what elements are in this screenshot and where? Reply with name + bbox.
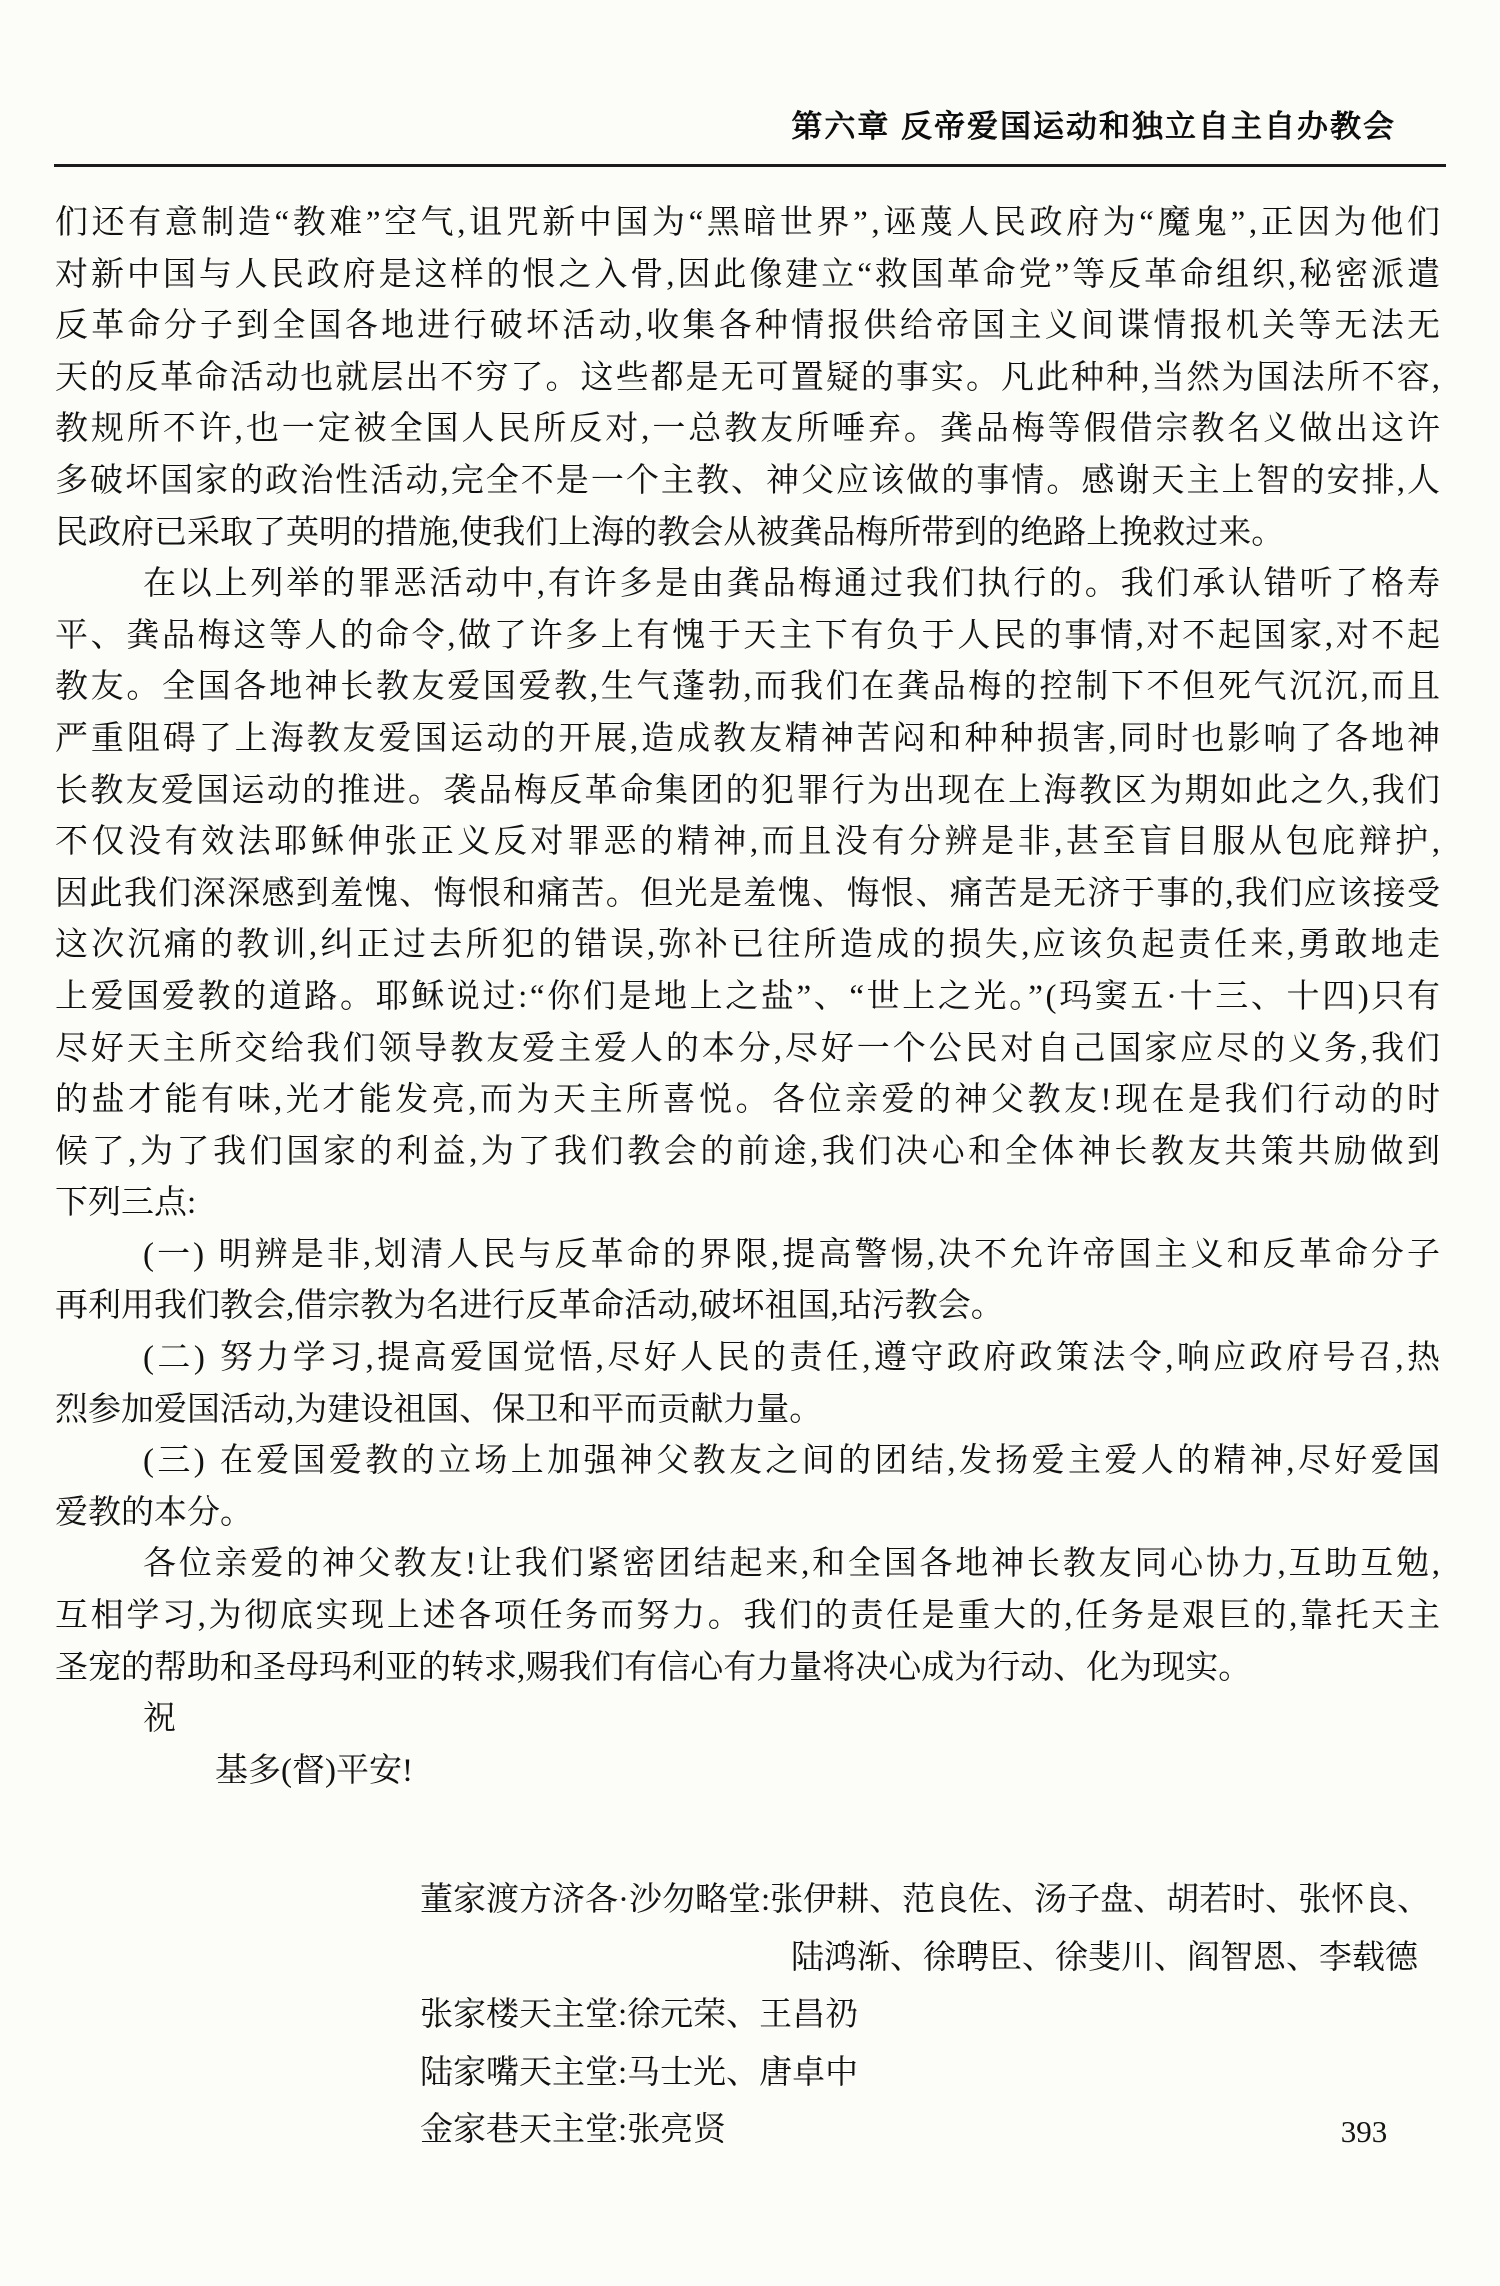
- text-line: 长教友爱国运动的推进。袭品梅反革命集团的犯罪行为出现在上海教区为期如此之久,我们: [55, 766, 1440, 818]
- signature-line-dongjiadu-cont: 陆鸿渐、徐聘臣、徐斐川、阎智恩、李载德: [420, 1930, 1432, 1988]
- text-line-item-2: (二) 努力学习,提高爱国觉悟,尽好人民的责任,遵守政府政策法令,响应政府号召,…: [55, 1333, 1440, 1385]
- text-line-wish: 祝: [55, 1694, 1440, 1746]
- text-line-item-3: (三) 在爱国爱教的立场上加强神父教友之间的团结,发扬爱主爱人的精神,尽好爱国: [55, 1436, 1440, 1488]
- text-line: 尽好天主所交给我们领导教友爱主爱人的本分,尽好一个公民对自己国家应尽的义务,我们: [55, 1024, 1440, 1076]
- text-line: 爱教的本分。: [55, 1488, 1440, 1540]
- text-line: 下列三点:: [55, 1178, 1440, 1230]
- text-line: 反革命分子到全国各地进行破坏活动,收集各种情报供给帝国主义间谍情报机关等无法无: [55, 301, 1440, 353]
- page-number: 393: [1322, 2112, 1406, 2152]
- text-line: 烈参加爱国活动,为建设祖国、保卫和平而贡献力量。: [55, 1385, 1440, 1437]
- signature-line-jinjiaxiang: 金家巷天主堂:张亮贤: [420, 2102, 1432, 2160]
- text-line: 各位亲爱的神父教友!让我们紧密团结起来,和全国各地神长教友同心协力,互助互勉,: [55, 1539, 1440, 1591]
- text-line: 上爱国爱教的道路。耶稣说过:“你们是地上之盐”、“世上之光。”(玛窦五·十三、十…: [55, 972, 1440, 1024]
- text-line: 在以上列举的罪恶活动中,有许多是由龚品梅通过我们执行的。我们承认错听了格寿: [55, 559, 1440, 611]
- text-line: 对新中国与人民政府是这样的恨之入骨,因此像建立“救国革命党”等反革命组织,秘密派…: [55, 250, 1440, 302]
- text-line: 候了,为了我们国家的利益,为了我们教会的前途,我们决心和全体神长教友共策共励做到: [55, 1127, 1440, 1179]
- text-line-item-1: (一) 明辨是非,划清人民与反革命的界限,提高警惕,决不允许帝国主义和反革命分子: [55, 1230, 1440, 1282]
- text-line: 的盐才能有味,光才能发亮,而为天主所喜悦。各位亲爱的神父教友!现在是我们行动的时: [55, 1075, 1440, 1127]
- book-page: 第六章 反帝爱国运动和独立自主自办教会 们还有意制造“教难”空气,诅咒新中国为“…: [0, 0, 1500, 2286]
- text-line: 平、龚品梅这等人的命令,做了许多上有愧于天主下有负于人民的事情,对不起国家,对不…: [55, 611, 1440, 663]
- signature-block: 董家渡方济各·沙勿略堂:张伊耕、范良佐、汤子盘、胡若时、张怀良、 陆鸿渐、徐聘臣…: [420, 1872, 1432, 2160]
- text-line: 天的反革命活动也就层出不穷了。这些都是无可置疑的事实。凡此种种,当然为国法所不容…: [55, 353, 1440, 405]
- signature-line-lujiazui: 陆家嘴天主堂:马士光、唐卓中: [420, 2045, 1432, 2103]
- text-line: 再利用我们教会,借宗教为名进行反革命活动,破坏祖国,玷污教会。: [55, 1281, 1440, 1333]
- text-line: 这次沉痛的教训,纠正过去所犯的错误,弥补已往所造成的损失,应该负起责任来,勇敢地…: [55, 920, 1440, 972]
- text-line: 互相学习,为彻底实现上述各项任务而努力。我们的责任是重大的,任务是艰巨的,靠托天…: [55, 1591, 1440, 1643]
- running-head-chapter-title: 第六章 反帝爱国运动和独立自主自办教会: [0, 106, 1396, 148]
- text-line: 不仅没有效法耶稣伸张正义反对罪恶的精神,而且没有分辨是非,甚至盲目服从包庇辩护,: [55, 817, 1440, 869]
- text-line: 们还有意制造“教难”空气,诅咒新中国为“黑暗世界”,诬蔑人民政府为“魔鬼”,正因…: [55, 198, 1440, 250]
- body-text-column: 们还有意制造“教难”空气,诅咒新中国为“黑暗世界”,诬蔑人民政府为“魔鬼”,正因…: [55, 198, 1440, 1797]
- signature-line-zhangjialou: 张家楼天主堂:徐元荣、王昌礽: [420, 1987, 1432, 2045]
- text-line: 多破坏国家的政治性活动,完全不是一个主教、神父应该做的事情。感谢天主上智的安排,…: [55, 456, 1440, 508]
- text-line: 圣宠的帮助和圣母玛利亚的转求,赐我们有信心有力量将决心成为行动、化为现实。: [55, 1643, 1440, 1695]
- text-line: 因此我们深深感到羞愧、悔恨和痛苦。但光是羞愧、悔恨、痛苦是无济于事的,我们应该接…: [55, 869, 1440, 921]
- text-line: 民政府已采取了英明的措施,使我们上海的教会从被龚品梅所带到的绝路上挽救过来。: [55, 508, 1440, 560]
- text-line: 严重阻碍了上海教友爱国运动的开展,造成教友精神苦闷和种种损害,同时也影响了各地神: [55, 714, 1440, 766]
- text-line-blessing: 基多(督)平安!: [55, 1746, 1440, 1798]
- header-rule: [54, 164, 1446, 167]
- text-line: 教规所不许,也一定被全国人民所反对,一总教友所唾弃。龚品梅等假借宗教名义做出这许: [55, 404, 1440, 456]
- text-line: 教友。全国各地神长教友爱国爱教,生气蓬勃,而我们在龚品梅的控制下不但死气沉沉,而…: [55, 662, 1440, 714]
- signature-line-dongjiadu: 董家渡方济各·沙勿略堂:张伊耕、范良佐、汤子盘、胡若时、张怀良、: [420, 1872, 1432, 1930]
